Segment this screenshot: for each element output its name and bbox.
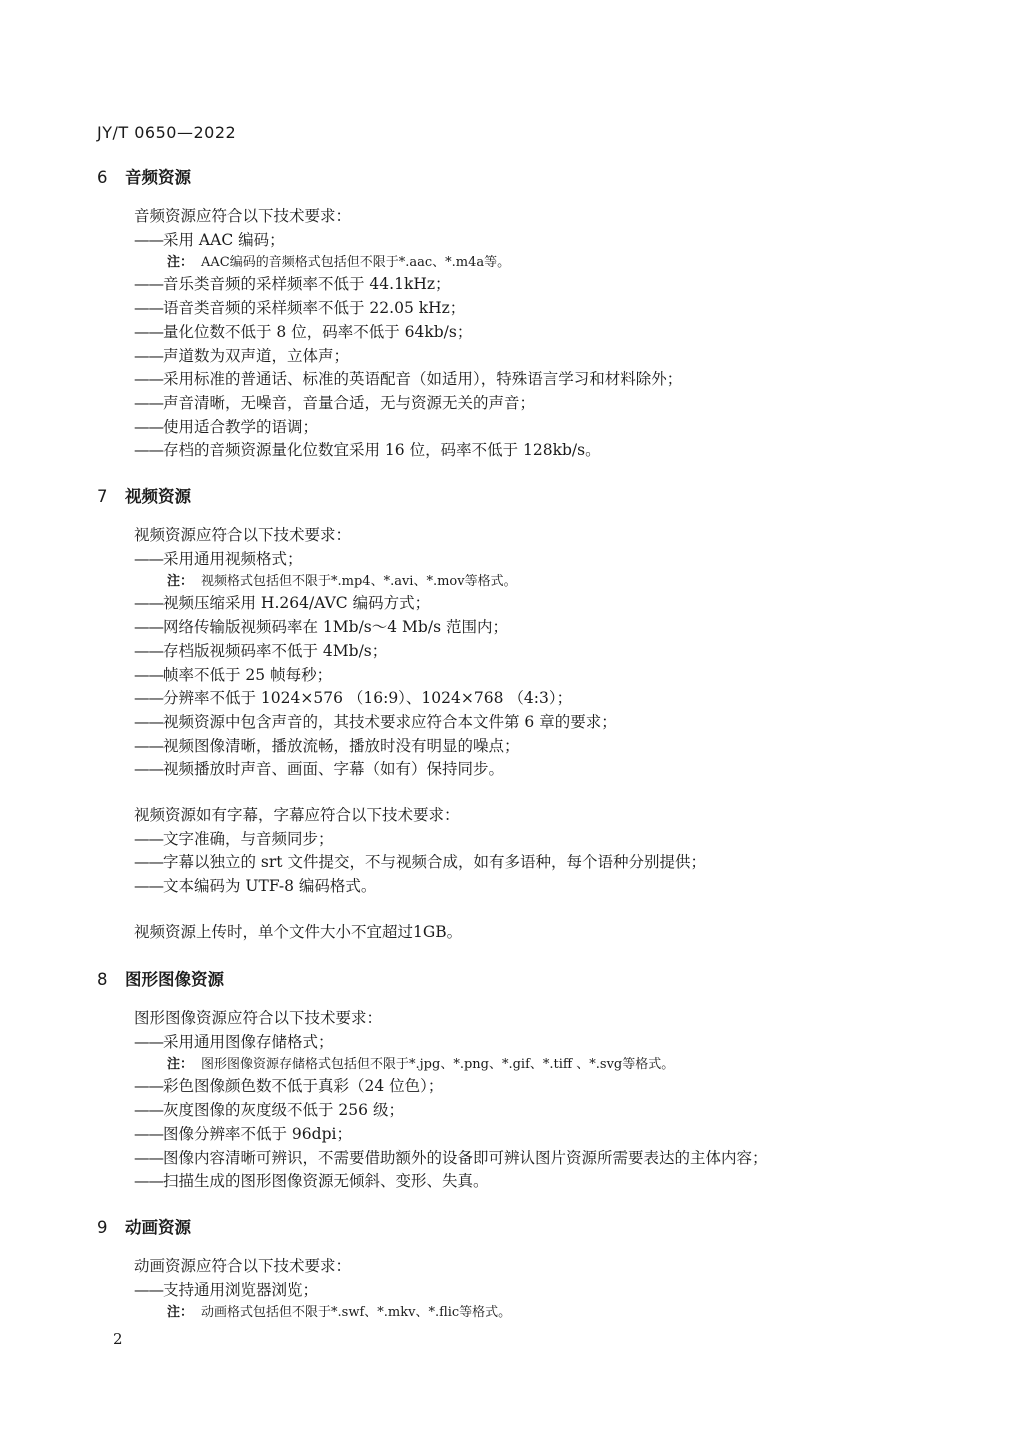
intro-text: 视频资源上传时，单个文件大小不宜超过1GB。 bbox=[134, 921, 706, 945]
list-item: ——采用通用视频格式； bbox=[134, 548, 706, 572]
page-number: 2 bbox=[113, 1330, 123, 1348]
list-item: ——灰度图像的灰度级不低于 256 级； bbox=[134, 1099, 768, 1123]
list-item: ——声音清晰，无噪音，音量合适，无与资源无关的声音； bbox=[134, 392, 682, 416]
list-item: ——视频资源中包含声音的，其技术要求应符合本文件第 6 章的要求； bbox=[134, 711, 706, 735]
section-9: 9动画资源 动画资源应符合以下技术要求： ——支持通用浏览器浏览； 注：动画格式… bbox=[97, 1216, 511, 1323]
list-item: ——视频图像清晰，播放流畅，播放时没有明显的噪点； bbox=[134, 735, 706, 759]
list-item: ——视频压缩采用 H.264/AVC 编码方式； bbox=[134, 592, 706, 616]
section-6: 6音频资源 音频资源应符合以下技术要求： ——采用 AAC 编码； 注：AAC编… bbox=[97, 166, 682, 463]
section-7: 7视频资源 视频资源应符合以下技术要求： ——采用通用视频格式； 注：视频格式包… bbox=[97, 485, 706, 945]
list-item: ——文本编码为 UTF-8 编码格式。 bbox=[134, 875, 706, 899]
list-item: ——存档的音频资源量化位数宜采用 16 位，码率不低于 128kb/s。 bbox=[134, 439, 682, 463]
list-item: ——文字准确，与音频同步； bbox=[134, 828, 706, 852]
list-item: ——视频播放时声音、画面、字幕（如有）保持同步。 bbox=[134, 758, 706, 782]
intro-text: 音频资源应符合以下技术要求： bbox=[134, 205, 682, 229]
list-item: ——帧率不低于 25 帧每秒； bbox=[134, 664, 706, 688]
intro-text: 动画资源应符合以下技术要求： bbox=[134, 1255, 511, 1279]
section-heading: 8图形图像资源 bbox=[97, 968, 768, 992]
list-item: ——图像分辨率不低于 96dpi； bbox=[134, 1123, 768, 1147]
intro-text: 视频资源如有字幕，字幕应符合以下技术要求： bbox=[134, 804, 706, 828]
intro-text: 图形图像资源应符合以下技术要求： bbox=[134, 1007, 768, 1031]
standard-code: JY/T 0650—2022 bbox=[97, 123, 236, 142]
list-item: ——图像内容清晰可辨识，不需要借助额外的设备即可辨认图片资源所需要表达的主体内容… bbox=[134, 1147, 768, 1171]
list-item: ——分辨率不低于 1024×576 （16:9）、1024×768 （4:3）； bbox=[134, 687, 706, 711]
list-item: ——采用通用图像存储格式； bbox=[134, 1031, 768, 1055]
document-page: JY/T 0650—2022 6音频资源 音频资源应符合以下技术要求： ——采用… bbox=[0, 0, 1024, 1448]
section-heading: 6音频资源 bbox=[97, 166, 682, 190]
section-8: 8图形图像资源 图形图像资源应符合以下技术要求： ——采用通用图像存储格式； 注… bbox=[97, 968, 768, 1194]
list-item: ——扫描生成的图形图像资源无倾斜、变形、失真。 bbox=[134, 1170, 768, 1194]
note: 注：图形图像资源存储格式包括但不限于*.jpg、*.png、*.gif、*.ti… bbox=[167, 1054, 768, 1075]
note: 注：视频格式包括但不限于*.mp4、*.avi、*.mov等格式。 bbox=[167, 571, 706, 592]
list-item: ——彩色图像颜色数不低于真彩（24 位色）； bbox=[134, 1075, 768, 1099]
list-item: ——量化位数不低于 8 位，码率不低于 64kb/s； bbox=[134, 321, 682, 345]
list-item: ——支持通用浏览器浏览； bbox=[134, 1279, 511, 1303]
list-item: ——使用适合教学的语调； bbox=[134, 416, 682, 440]
note: 注：动画格式包括但不限于*.swf、*.mkv、*.flic等格式。 bbox=[167, 1302, 511, 1323]
list-item: ——网络传输版视频码率在 1Mb/s～4 Mb/s 范围内； bbox=[134, 616, 706, 640]
list-item: ——存档版视频码率不低于 4Mb/s； bbox=[134, 640, 706, 664]
list-item: ——声道数为双声道，立体声； bbox=[134, 345, 682, 369]
list-item: ——字幕以独立的 srt 文件提交，不与视频合成，如有多语种，每个语种分别提供； bbox=[134, 851, 706, 875]
section-heading: 7视频资源 bbox=[97, 485, 706, 509]
intro-text: 视频资源应符合以下技术要求： bbox=[134, 524, 706, 548]
list-item: ——语音类音频的采样频率不低于 22.05 kHz； bbox=[134, 297, 682, 321]
list-item: ——采用 AAC 编码； bbox=[134, 229, 682, 253]
list-item: ——音乐类音频的采样频率不低于 44.1kHz； bbox=[134, 273, 682, 297]
list-item: ——采用标准的普通话、标准的英语配音（如适用），特殊语言学习和材料除外； bbox=[134, 368, 682, 392]
note: 注：AAC编码的音频格式包括但不限于*.aac、*.m4a等。 bbox=[167, 252, 682, 273]
section-heading: 9动画资源 bbox=[97, 1216, 511, 1240]
